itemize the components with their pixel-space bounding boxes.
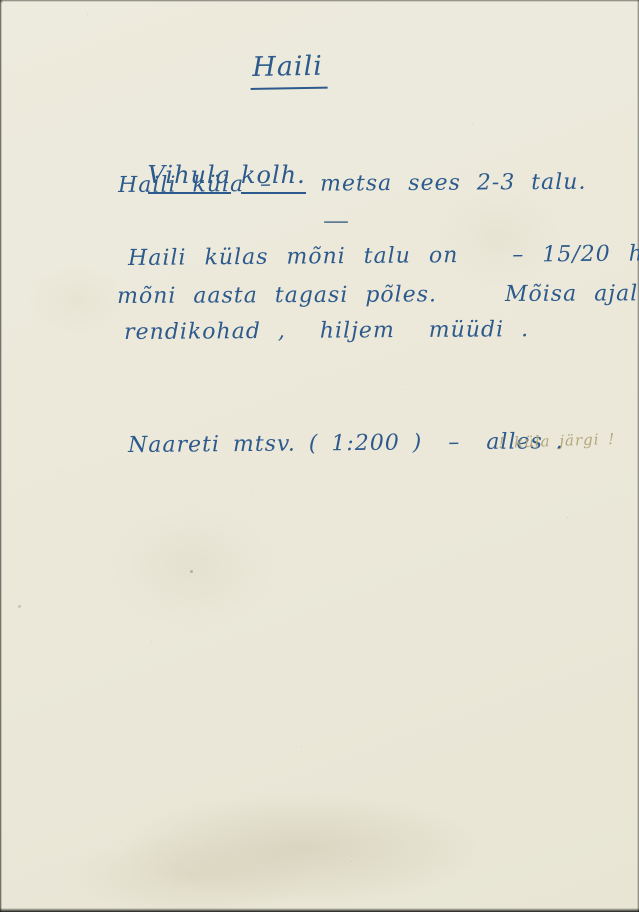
intro-line: Haili küla – metsa sees 2-3 talu. (118, 170, 587, 198)
body-line-2: mõni aasta tagasi põles. Mõisa ajal (117, 281, 638, 309)
body-line-3: rendikohad , hiljem müüdi . (124, 317, 529, 345)
scanned-document: Haili Vihulakolh. Haili küla – metsa see… (0, 0, 639, 912)
document-title: Haili (250, 51, 327, 90)
body-line-1: Haili külas mõni talu on – 15/20 ha, (128, 241, 639, 271)
separator-dash: — (323, 206, 349, 236)
